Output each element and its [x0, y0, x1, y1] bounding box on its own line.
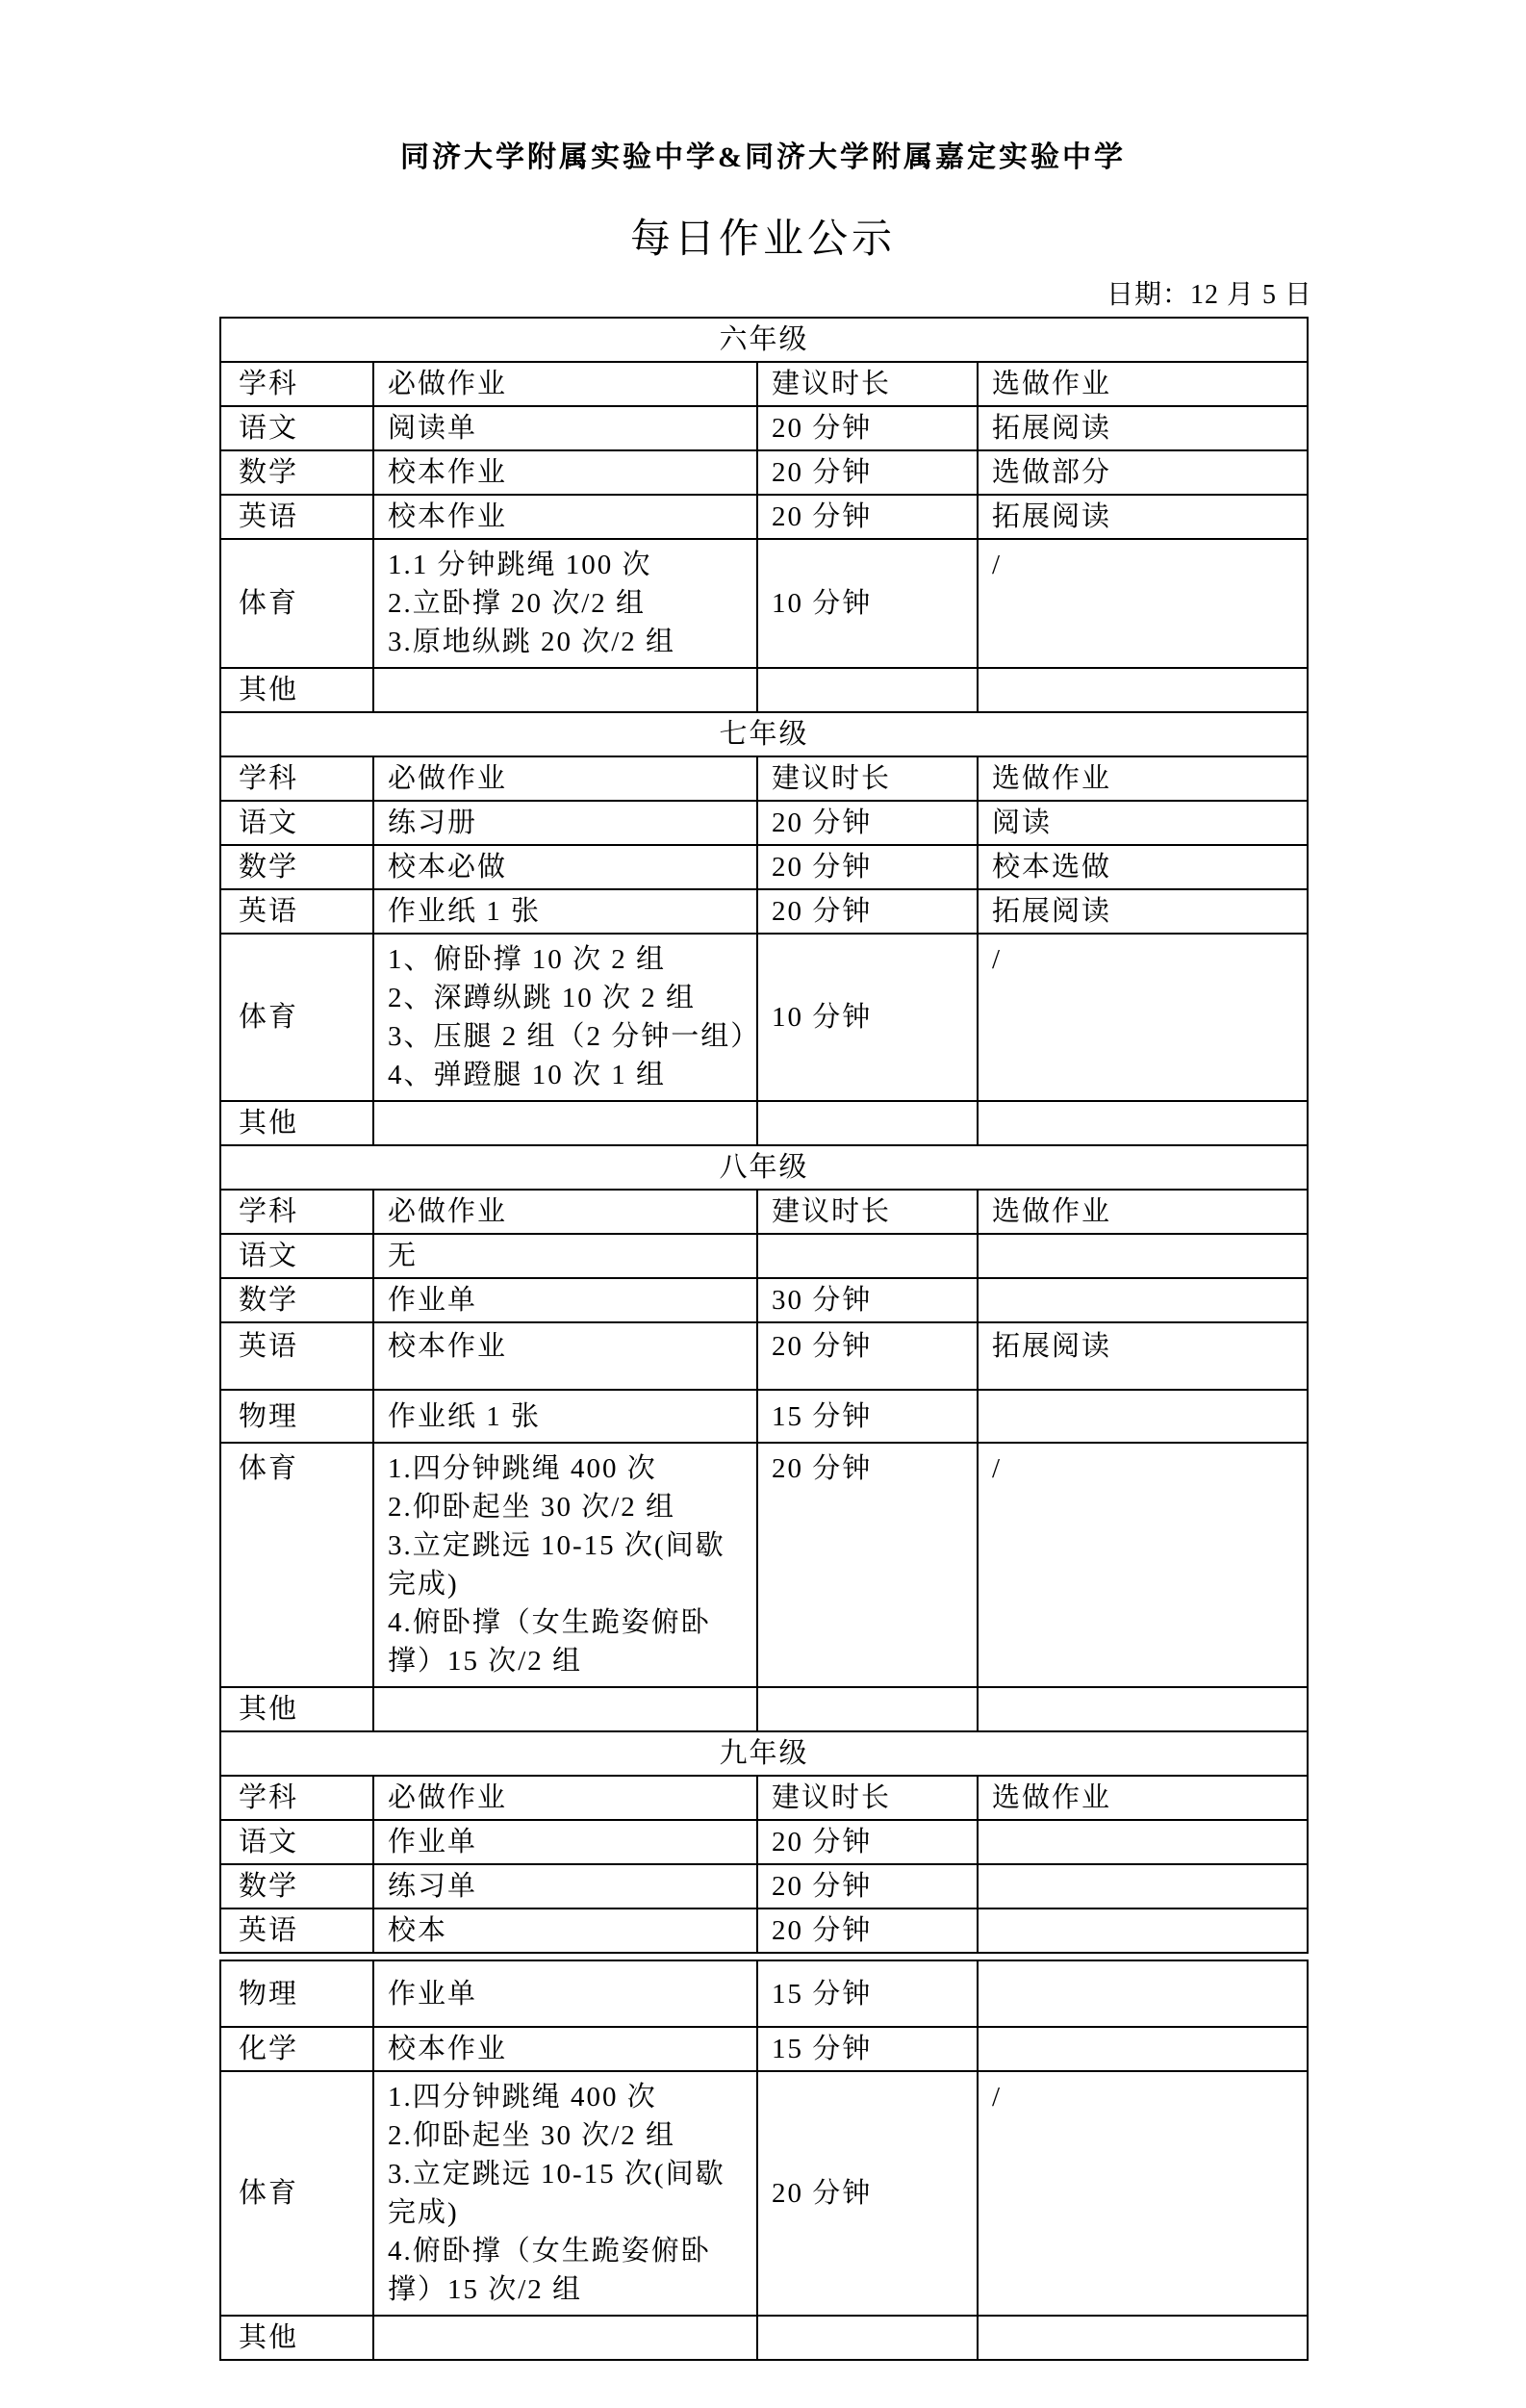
homework-item: 校本作业: [388, 1327, 750, 1366]
duration-cell: 15 分钟: [757, 1390, 978, 1443]
grade-title-row: 八年级: [220, 1145, 1308, 1190]
optional-homework-cell: /: [978, 539, 1308, 668]
column-header: 选做作业: [978, 1190, 1308, 1234]
grade-title-row: 六年级: [220, 318, 1308, 362]
column-header: 学科: [220, 362, 373, 406]
required-homework-cell: [373, 1687, 757, 1731]
subject-cell: 其他: [220, 1687, 373, 1731]
homework-item: 3.原地纵跳 20 次/2 组: [388, 623, 750, 661]
required-homework-cell: 练习册: [373, 801, 757, 845]
table-row: 其他: [220, 1687, 1308, 1731]
subject-cell: 语文: [220, 406, 373, 450]
homework-item: 作业单: [388, 1823, 750, 1861]
duration-cell: 20 分钟: [757, 450, 978, 495]
homework-tables: 六年级学科必做作业建议时长选做作业语文阅读单20 分钟拓展阅读数学校本作业20 …: [0, 317, 1526, 2361]
optional-homework-cell: 选做部分: [978, 450, 1308, 495]
homework-item: 4.俯卧撑（女生跪姿俯卧撑）15 次/2 组: [388, 2232, 750, 2309]
homework-table-block: 物理作业单15 分钟化学校本作业15 分钟体育1.四分钟跳绳 400 次2.仰卧…: [219, 1960, 1309, 2361]
column-header-row: 学科必做作业建议时长选做作业: [220, 756, 1308, 801]
homework-item: 无: [388, 1237, 750, 1275]
duration-cell: 20 分钟: [757, 2071, 978, 2316]
required-homework-cell: 无: [373, 1234, 757, 1278]
grade-title-row: 七年级: [220, 712, 1308, 756]
duration-cell: [757, 1687, 978, 1731]
homework-item: 3.立定跳远 10-15 次(间歇完成): [388, 2155, 750, 2232]
subject-cell: 语文: [220, 1820, 373, 1864]
homework-item: 2、深蹲纵跳 10 次 2 组: [388, 979, 750, 1017]
homework-item: 练习册: [388, 804, 750, 842]
table-row: 体育1.四分钟跳绳 400 次2.仰卧起坐 30 次/2 组3.立定跳远 10-…: [220, 2071, 1308, 2316]
column-header-row: 学科必做作业建议时长选做作业: [220, 1190, 1308, 1234]
optional-homework-cell: 阅读: [978, 801, 1308, 845]
subject-cell: 体育: [220, 1443, 373, 1687]
table-row: 英语校本20 分钟: [220, 1908, 1308, 1953]
grade-title: 八年级: [220, 1145, 1308, 1190]
homework-item: 作业单: [388, 1281, 750, 1319]
homework-item: 2.仰卧起坐 30 次/2 组: [388, 1488, 750, 1526]
column-header: 建议时长: [757, 756, 978, 801]
subject-cell: 体育: [220, 539, 373, 668]
optional-homework-cell: [978, 1820, 1308, 1864]
table-row: 英语作业纸 1 张20 分钟拓展阅读: [220, 889, 1308, 934]
optional-homework-cell: /: [978, 1443, 1308, 1687]
column-header: 学科: [220, 1776, 373, 1820]
table-row: 其他: [220, 668, 1308, 712]
required-homework-cell: 校本必做: [373, 845, 757, 889]
page-subtitle: 每日作业公示: [0, 217, 1526, 264]
optional-homework-cell: [978, 1960, 1308, 2027]
homework-item: 1.四分钟跳绳 400 次: [388, 1449, 750, 1488]
table-row: 物理作业单15 分钟: [220, 1960, 1308, 2027]
homework-item: 4、弹蹬腿 10 次 1 组: [388, 1056, 750, 1094]
table-row: 语文作业单20 分钟: [220, 1820, 1308, 1864]
subject-cell: 物理: [220, 1390, 373, 1443]
table-row: 物理作业纸 1 张15 分钟: [220, 1390, 1308, 1443]
column-header: 必做作业: [373, 756, 757, 801]
optional-homework-cell: [978, 1864, 1308, 1908]
column-header: 必做作业: [373, 362, 757, 406]
homework-item: 2.立卧撑 20 次/2 组: [388, 584, 750, 623]
required-homework-cell: 练习单: [373, 1864, 757, 1908]
duration-cell: 15 分钟: [757, 1960, 978, 2027]
grade-title: 六年级: [220, 318, 1308, 362]
homework-item: 2.仰卧起坐 30 次/2 组: [388, 2116, 750, 2155]
subject-cell: 数学: [220, 845, 373, 889]
optional-homework-cell: 拓展阅读: [978, 406, 1308, 450]
table-row: 体育1.四分钟跳绳 400 次2.仰卧起坐 30 次/2 组3.立定跳远 10-…: [220, 1443, 1308, 1687]
column-header: 建议时长: [757, 1776, 978, 1820]
document-page: { "page": { "title": "同济大学附属实验中学&同济大学附属嘉…: [0, 0, 1526, 2408]
duration-cell: 30 分钟: [757, 1278, 978, 1322]
column-header: 学科: [220, 1190, 373, 1234]
required-homework-cell: 作业纸 1 张: [373, 1390, 757, 1443]
duration-cell: 20 分钟: [757, 1322, 978, 1390]
subject-cell: 物理: [220, 1960, 373, 2027]
table-row: 英语校本作业20 分钟拓展阅读: [220, 1322, 1308, 1390]
required-homework-cell: [373, 2316, 757, 2360]
homework-item: 校本作业: [388, 453, 750, 492]
required-homework-cell: 1、俯卧撑 10 次 2 组2、深蹲纵跳 10 次 2 组3、压腿 2 组（2 …: [373, 934, 757, 1101]
homework-item: 3.立定跳远 10-15 次(间歇完成): [388, 1526, 750, 1603]
optional-homework-cell: [978, 668, 1308, 712]
homework-item: 1.四分钟跳绳 400 次: [388, 2078, 750, 2116]
table-row: 语文无: [220, 1234, 1308, 1278]
optional-homework-cell: [978, 1908, 1308, 1953]
duration-cell: 20 分钟: [757, 1864, 978, 1908]
duration-cell: [757, 2316, 978, 2360]
duration-cell: 20 分钟: [757, 845, 978, 889]
homework-item: 练习单: [388, 1867, 750, 1906]
subject-cell: 化学: [220, 2027, 373, 2071]
subject-cell: 其他: [220, 2316, 373, 2360]
table-row: 数学校本作业20 分钟选做部分: [220, 450, 1308, 495]
duration-cell: 15 分钟: [757, 2027, 978, 2071]
column-header: 建议时长: [757, 362, 978, 406]
grade-title: 九年级: [220, 1731, 1308, 1776]
subject-cell: 数学: [220, 450, 373, 495]
subject-cell: 数学: [220, 1864, 373, 1908]
optional-homework-cell: 拓展阅读: [978, 495, 1308, 539]
homework-item: 校本: [388, 1911, 750, 1950]
required-homework-cell: 作业纸 1 张: [373, 889, 757, 934]
required-homework-cell: 校本作业: [373, 1322, 757, 1390]
optional-homework-cell: [978, 1234, 1308, 1278]
subject-cell: 英语: [220, 1322, 373, 1390]
grade-title: 七年级: [220, 712, 1308, 756]
column-header-row: 学科必做作业建议时长选做作业: [220, 362, 1308, 406]
subject-cell: 其他: [220, 668, 373, 712]
required-homework-cell: 1.四分钟跳绳 400 次2.仰卧起坐 30 次/2 组3.立定跳远 10-15…: [373, 2071, 757, 2316]
duration-cell: 20 分钟: [757, 801, 978, 845]
duration-cell: 20 分钟: [757, 406, 978, 450]
column-header: 选做作业: [978, 362, 1308, 406]
subject-cell: 体育: [220, 934, 373, 1101]
table-row: 化学校本作业15 分钟: [220, 2027, 1308, 2071]
column-header: 学科: [220, 756, 373, 801]
duration-cell: 20 分钟: [757, 495, 978, 539]
homework-item: 作业纸 1 张: [388, 892, 750, 931]
homework-item: 作业纸 1 张: [388, 1397, 750, 1436]
optional-homework-cell: [978, 1101, 1308, 1145]
duration-cell: 20 分钟: [757, 1443, 978, 1687]
optional-homework-cell: 校本选做: [978, 845, 1308, 889]
required-homework-cell: [373, 1101, 757, 1145]
subject-cell: 英语: [220, 495, 373, 539]
table-row: 其他: [220, 2316, 1308, 2360]
homework-item: 校本作业: [388, 498, 750, 536]
optional-homework-cell: /: [978, 2071, 1308, 2316]
table-row: 数学校本必做20 分钟校本选做: [220, 845, 1308, 889]
column-header: 必做作业: [373, 1190, 757, 1234]
required-homework-cell: 校本作业: [373, 495, 757, 539]
homework-item: 校本必做: [388, 848, 750, 886]
subject-cell: 数学: [220, 1278, 373, 1322]
column-header-row: 学科必做作业建议时长选做作业: [220, 1776, 1308, 1820]
subject-cell: 语文: [220, 1234, 373, 1278]
duration-cell: [757, 668, 978, 712]
subject-cell: 英语: [220, 889, 373, 934]
required-homework-cell: 作业单: [373, 1960, 757, 2027]
column-header: 选做作业: [978, 1776, 1308, 1820]
table-row: 其他: [220, 1101, 1308, 1145]
homework-item: 阅读单: [388, 409, 750, 448]
homework-item: 1.1 分钟跳绳 100 次: [388, 546, 750, 584]
table-row: 体育1.1 分钟跳绳 100 次2.立卧撑 20 次/2 组3.原地纵跳 20 …: [220, 539, 1308, 668]
table-row: 体育1、俯卧撑 10 次 2 组2、深蹲纵跳 10 次 2 组3、压腿 2 组（…: [220, 934, 1308, 1101]
optional-homework-cell: [978, 2316, 1308, 2360]
optional-homework-cell: /: [978, 934, 1308, 1101]
optional-homework-cell: 拓展阅读: [978, 1322, 1308, 1390]
required-homework-cell: 1.四分钟跳绳 400 次2.仰卧起坐 30 次/2 组3.立定跳远 10-15…: [373, 1443, 757, 1687]
homework-table-block: 六年级学科必做作业建议时长选做作业语文阅读单20 分钟拓展阅读数学校本作业20 …: [219, 317, 1309, 1954]
column-header: 必做作业: [373, 1776, 757, 1820]
table-row: 数学练习单20 分钟: [220, 1864, 1308, 1908]
table-row: 语文阅读单20 分钟拓展阅读: [220, 406, 1308, 450]
required-homework-cell: 校本: [373, 1908, 757, 1953]
page-title: 同济大学附属实验中学&同济大学附属嘉定实验中学: [0, 141, 1526, 174]
subject-cell: 语文: [220, 801, 373, 845]
duration-cell: 20 分钟: [757, 1908, 978, 1953]
duration-cell: [757, 1234, 978, 1278]
subject-cell: 其他: [220, 1101, 373, 1145]
optional-homework-cell: [978, 1390, 1308, 1443]
required-homework-cell: [373, 668, 757, 712]
required-homework-cell: 校本作业: [373, 2027, 757, 2071]
homework-item: 校本作业: [388, 2030, 750, 2068]
duration-cell: 20 分钟: [757, 889, 978, 934]
optional-homework-cell: 拓展阅读: [978, 889, 1308, 934]
required-homework-cell: 作业单: [373, 1278, 757, 1322]
grade-title-row: 九年级: [220, 1731, 1308, 1776]
duration-cell: 20 分钟: [757, 1820, 978, 1864]
optional-homework-cell: [978, 1278, 1308, 1322]
subject-cell: 英语: [220, 1908, 373, 1953]
homework-item: 4.俯卧撑（女生跪姿俯卧撑）15 次/2 组: [388, 1603, 750, 1680]
date-label: 日期：12 月 5 日: [219, 279, 1312, 311]
table-row: 语文练习册20 分钟阅读: [220, 801, 1308, 845]
required-homework-cell: 1.1 分钟跳绳 100 次2.立卧撑 20 次/2 组3.原地纵跳 20 次/…: [373, 539, 757, 668]
homework-item: 作业单: [388, 1975, 750, 2013]
table-row: 数学作业单30 分钟: [220, 1278, 1308, 1322]
duration-cell: [757, 1101, 978, 1145]
duration-cell: 10 分钟: [757, 934, 978, 1101]
required-homework-cell: 作业单: [373, 1820, 757, 1864]
optional-homework-cell: [978, 1687, 1308, 1731]
homework-item: 3、压腿 2 组（2 分钟一组）: [388, 1017, 750, 1056]
duration-cell: 10 分钟: [757, 539, 978, 668]
required-homework-cell: 校本作业: [373, 450, 757, 495]
homework-item: 1、俯卧撑 10 次 2 组: [388, 940, 750, 979]
subject-cell: 体育: [220, 2071, 373, 2316]
column-header: 建议时长: [757, 1190, 978, 1234]
column-header: 选做作业: [978, 756, 1308, 801]
required-homework-cell: 阅读单: [373, 406, 757, 450]
table-row: 英语校本作业20 分钟拓展阅读: [220, 495, 1308, 539]
optional-homework-cell: [978, 2027, 1308, 2071]
